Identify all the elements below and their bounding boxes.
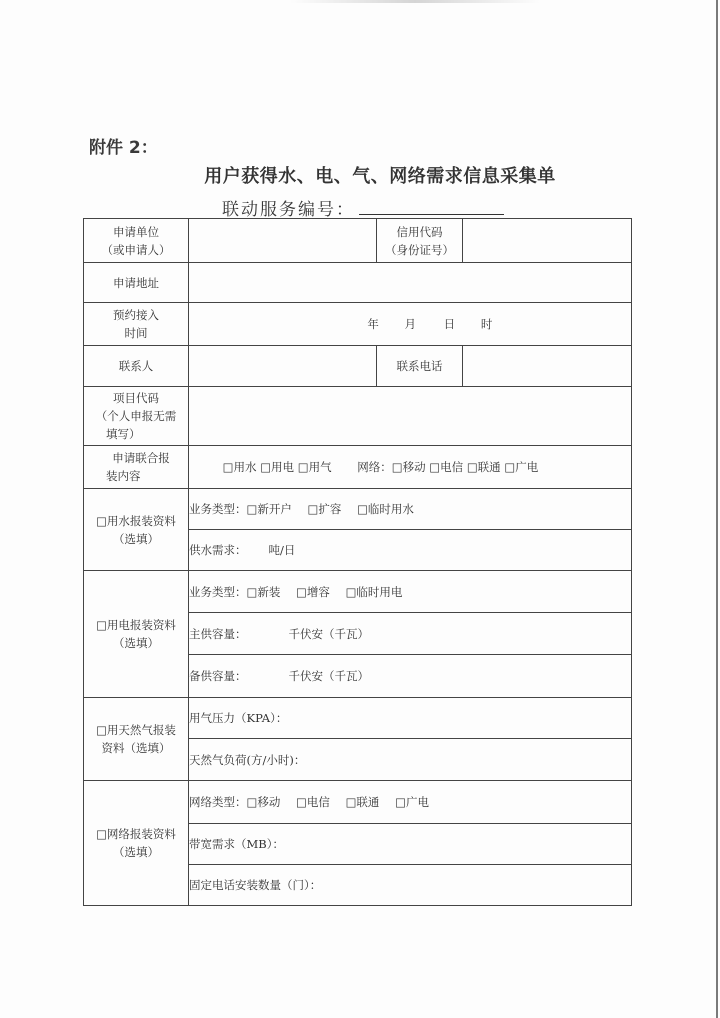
checkbox-net-mobile[interactable]: □移动	[247, 795, 281, 809]
project-code-field[interactable]	[189, 387, 632, 446]
credit-code-label: 信用代码 （身份证号）	[377, 219, 463, 263]
gas-pressure-field[interactable]: 用气压力（KPA）：	[189, 698, 632, 739]
checkbox-water-expand[interactable]: □扩容	[308, 502, 342, 516]
applicant-label: 申请单位 （或申请人）	[84, 219, 189, 263]
backup-capacity-field[interactable]: 备供容量：千伏安（千瓦）	[189, 655, 632, 698]
row-network-type: □网络报装资料 （选填） 网络类型：□移动 □电信 □联通 □广电	[84, 781, 632, 824]
applicant-field[interactable]	[189, 219, 377, 263]
joint-apply-label: 申请联合报 装内容	[84, 446, 189, 489]
appointment-field[interactable]: 年 月 日 时	[189, 303, 632, 346]
contact-field[interactable]	[189, 346, 377, 387]
checkbox-water[interactable]: □用水	[223, 460, 257, 474]
electricity-business-type: 业务类型：□新装 □增容 □临时用电	[189, 571, 632, 613]
electricity-section-label: □用电报装资料 （选填）	[84, 571, 189, 698]
network-section-label: □网络报装资料 （选填）	[84, 781, 189, 906]
checkbox-net-telecom[interactable]: □电信	[296, 795, 330, 809]
checkbox-water-new[interactable]: □新开户	[247, 502, 292, 516]
network-type: 网络类型：□移动 □电信 □联通 □广电	[189, 781, 632, 824]
address-field[interactable]	[189, 263, 632, 303]
water-section-label: □用水报装资料 （选填）	[84, 489, 189, 571]
row-appointment: 预约接入 时间 年 月 日 时	[84, 303, 632, 346]
row-contact: 联系人 联系电话	[84, 346, 632, 387]
row-project-code: 项目代码 （个人申报无需 填写）	[84, 387, 632, 446]
credit-code-field[interactable]	[463, 219, 632, 263]
checkbox-broadcast[interactable]: □广电	[504, 460, 538, 474]
checkbox-gas[interactable]: □用气	[298, 460, 332, 474]
project-code-label: 项目代码 （个人申报无需 填写）	[84, 387, 189, 446]
joint-apply-options: □用水 □用电 □用气 网络：□移动 □电信 □联通 □广电	[189, 446, 632, 489]
address-label: 申请地址	[84, 263, 189, 303]
checkbox-telecom[interactable]: □电信	[429, 460, 463, 474]
appointment-label: 预约接入 时间	[84, 303, 189, 346]
row-gas-pressure: □用天然气报装 资料（选填） 用气压力（KPA）：	[84, 698, 632, 739]
form-title: 用户获得水、电、气、网络需求信息采集单	[0, 162, 720, 188]
checkbox-water-temporary[interactable]: □临时用水	[357, 502, 414, 516]
checkbox-unicom[interactable]: □联通	[467, 460, 501, 474]
bandwidth-field[interactable]: 带宽需求（MB）：	[189, 824, 632, 865]
contact-label: 联系人	[84, 346, 189, 387]
info-form-table: 申请单位 （或申请人） 信用代码 （身份证号） 申请地址 预约接入 时间 年 月…	[83, 218, 632, 906]
row-applicant: 申请单位 （或申请人） 信用代码 （身份证号）	[84, 219, 632, 263]
gas-load-field[interactable]: 天然气负荷(方/小时)：	[189, 739, 632, 781]
service-number-label: 联动服务编号：	[222, 200, 355, 220]
checkbox-net-broadcast[interactable]: □广电	[395, 795, 429, 809]
service-number-field[interactable]	[359, 198, 504, 215]
phone-count-field[interactable]: 固定电话安装数量（门）：	[189, 865, 632, 906]
main-capacity-field[interactable]: 主供容量：千伏安（千瓦）	[189, 613, 632, 655]
checkbox-electricity-new[interactable]: □新装	[247, 585, 281, 599]
checkbox-mobile[interactable]: □移动	[392, 460, 426, 474]
checkbox-net-unicom[interactable]: □联通	[346, 795, 380, 809]
row-water-business-type: □用水报装资料 （选填） 业务类型：□新开户 □扩容 □临时用水	[84, 489, 632, 530]
row-joint-apply: 申请联合报 装内容 □用水 □用电 □用气 网络：□移动 □电信 □联通 □广电	[84, 446, 632, 489]
row-electricity-business-type: □用电报装资料 （选填） 业务类型：□新装 □增容 □临时用电	[84, 571, 632, 613]
checkbox-electricity[interactable]: □用电	[260, 460, 294, 474]
network-label: 网络：	[357, 460, 392, 474]
contact-phone-field[interactable]	[463, 346, 632, 387]
row-address: 申请地址	[84, 263, 632, 303]
scan-edge-top	[290, 0, 540, 3]
contact-phone-label: 联系电话	[377, 346, 463, 387]
service-number: 联动服务编号：	[222, 195, 504, 220]
checkbox-electricity-temporary[interactable]: □临时用电	[346, 585, 403, 599]
water-supply-field[interactable]: 供水需求：吨/日	[189, 530, 632, 571]
gas-section-label: □用天然气报装 资料（选填）	[84, 698, 189, 781]
water-business-type: 业务类型：□新开户 □扩容 □临时用水	[189, 489, 632, 530]
scan-edge-right	[716, 0, 718, 1018]
checkbox-electricity-expand[interactable]: □增容	[296, 585, 330, 599]
attachment-label: 附件 2：	[89, 133, 158, 158]
